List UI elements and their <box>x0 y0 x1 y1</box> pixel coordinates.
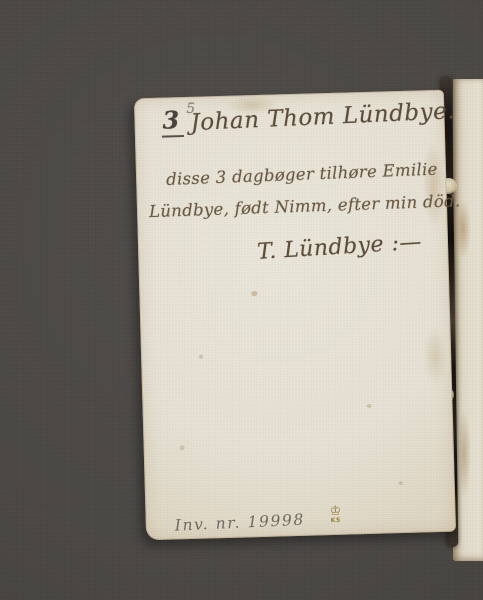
foxing-dot <box>367 404 372 408</box>
photo-stage: 3 5 Johan Thom Lündbye. disse 3 dagbøger… <box>0 0 483 600</box>
handwritten-body-line: disse 3 dagbøger tilhøre Emilie <box>166 161 438 190</box>
adjacent-page-sliver <box>453 79 483 561</box>
foxing-dot <box>199 355 203 359</box>
notebook-page: 3 5 Johan Thom Lündbye. disse 3 dagbøger… <box>134 90 456 540</box>
stain-spot <box>457 409 471 499</box>
foxing-dot <box>399 481 403 485</box>
stain-spot <box>421 142 445 229</box>
stain-spot <box>422 326 448 387</box>
foxing-dot <box>251 291 257 296</box>
page-number: 3 <box>161 106 184 137</box>
handwritten-signature: T. Lündbye :— <box>257 230 423 266</box>
museum-stamp: ♔ KS <box>327 505 344 524</box>
inventory-number: Inv. nr. 19998 <box>174 512 305 536</box>
foxing-dot <box>180 445 185 450</box>
handwritten-body-line: Lündbye, født Nimm, efter min död. <box>149 192 461 222</box>
handwritten-title: Johan Thom Lündbye. <box>190 98 456 136</box>
